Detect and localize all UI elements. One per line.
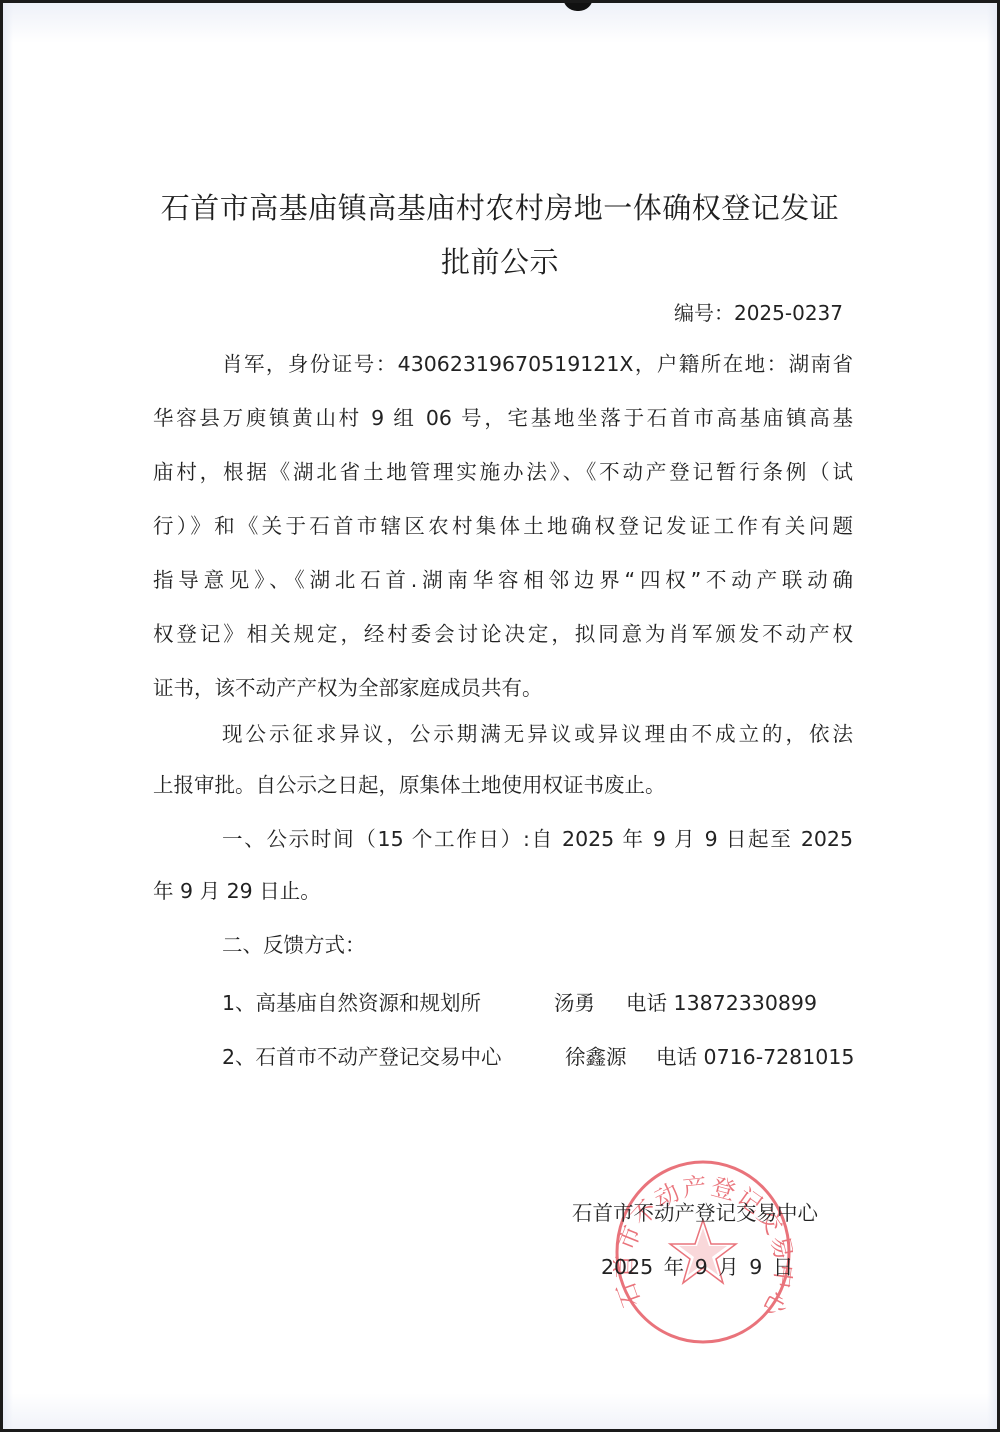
paragraph2-line: 上报审批。自公示之日起，原集体土地使用权证书废止。 bbox=[153, 772, 853, 798]
paragraph1-line: 权登记》相关规定，经村委会讨论决定，拟同意为肖军颁发不动产权 bbox=[153, 621, 853, 647]
phone-number: 13872330899 bbox=[674, 991, 817, 1015]
contact-item: 1、高基庙自然资源和规划所 bbox=[222, 986, 481, 1016]
phone-label: 电话 bbox=[656, 1045, 697, 1069]
contact-phone: 电话 13872330899 bbox=[626, 986, 817, 1016]
section1-line: 一、公示时间（15 个工作日）:自 2025 年 9 月 9 日起至 2025 bbox=[222, 826, 853, 852]
paragraph2-line: 现公示征求异议，公示期满无异议或异议理由不成立的，依法 bbox=[222, 721, 853, 747]
paragraph1-line: 指导意见》、《湖北石首.湖南华容相邻边界“四权”不动产联动确 bbox=[153, 567, 853, 593]
document-title-line2: 批前公示 bbox=[0, 240, 1000, 281]
contact-org: 石首市不动产登记交易中心 bbox=[256, 1045, 502, 1069]
paragraph1-line: 行）》和《关于石首市辖区农村集体土地确权登记发证工作有关问题 bbox=[153, 513, 853, 539]
contact-item: 2、石首市不动产登记交易中心 bbox=[222, 1040, 502, 1070]
signing-organization: 石首市不动产登记交易中心 bbox=[572, 1196, 818, 1226]
signing-date: 2025 年 9 月 9 日 bbox=[601, 1250, 793, 1280]
phone-number: 0716-7281015 bbox=[704, 1045, 855, 1069]
contact-index: 1、 bbox=[222, 991, 256, 1015]
serial-label: 编号： bbox=[674, 301, 734, 325]
paragraph1-line: 华容县万庾镇黄山村 9 组 06 号，宅基地坐落于石首市高基庙镇高基 bbox=[153, 405, 853, 431]
contact-person: 徐鑫源 bbox=[565, 1040, 627, 1070]
serial-value: 2025-0237 bbox=[734, 301, 843, 325]
contact-phone: 电话 0716-7281015 bbox=[656, 1040, 854, 1070]
serial-number: 编号：2025-0237 bbox=[674, 297, 843, 326]
contact-org: 高基庙自然资源和规划所 bbox=[256, 991, 482, 1015]
paragraph1-line: 肖军，身份证号：43062319670519121X，户籍所在地：湖南省 bbox=[222, 351, 853, 377]
section1-line: 年 9 月 29 日止。 bbox=[153, 878, 853, 904]
document-title-line1: 石首市高基庙镇高基庙村农村房地一体确权登记发证 bbox=[0, 186, 1000, 227]
contact-person: 汤勇 bbox=[554, 986, 595, 1016]
notice-document: 石首市高基庙镇高基庙村农村房地一体确权登记发证 批前公示 编号：2025-023… bbox=[0, 0, 1000, 1432]
paragraph1-line: 庙村，根据《湖北省土地管理实施办法》、《不动产登记暂行条例（试 bbox=[153, 459, 853, 485]
contact-index: 2、 bbox=[222, 1045, 256, 1069]
section2-heading: 二、反馈方式： bbox=[222, 932, 853, 958]
phone-label: 电话 bbox=[626, 991, 667, 1015]
paragraph1-line: 证书，该不动产产权为全部家庭成员共有。 bbox=[153, 675, 853, 701]
